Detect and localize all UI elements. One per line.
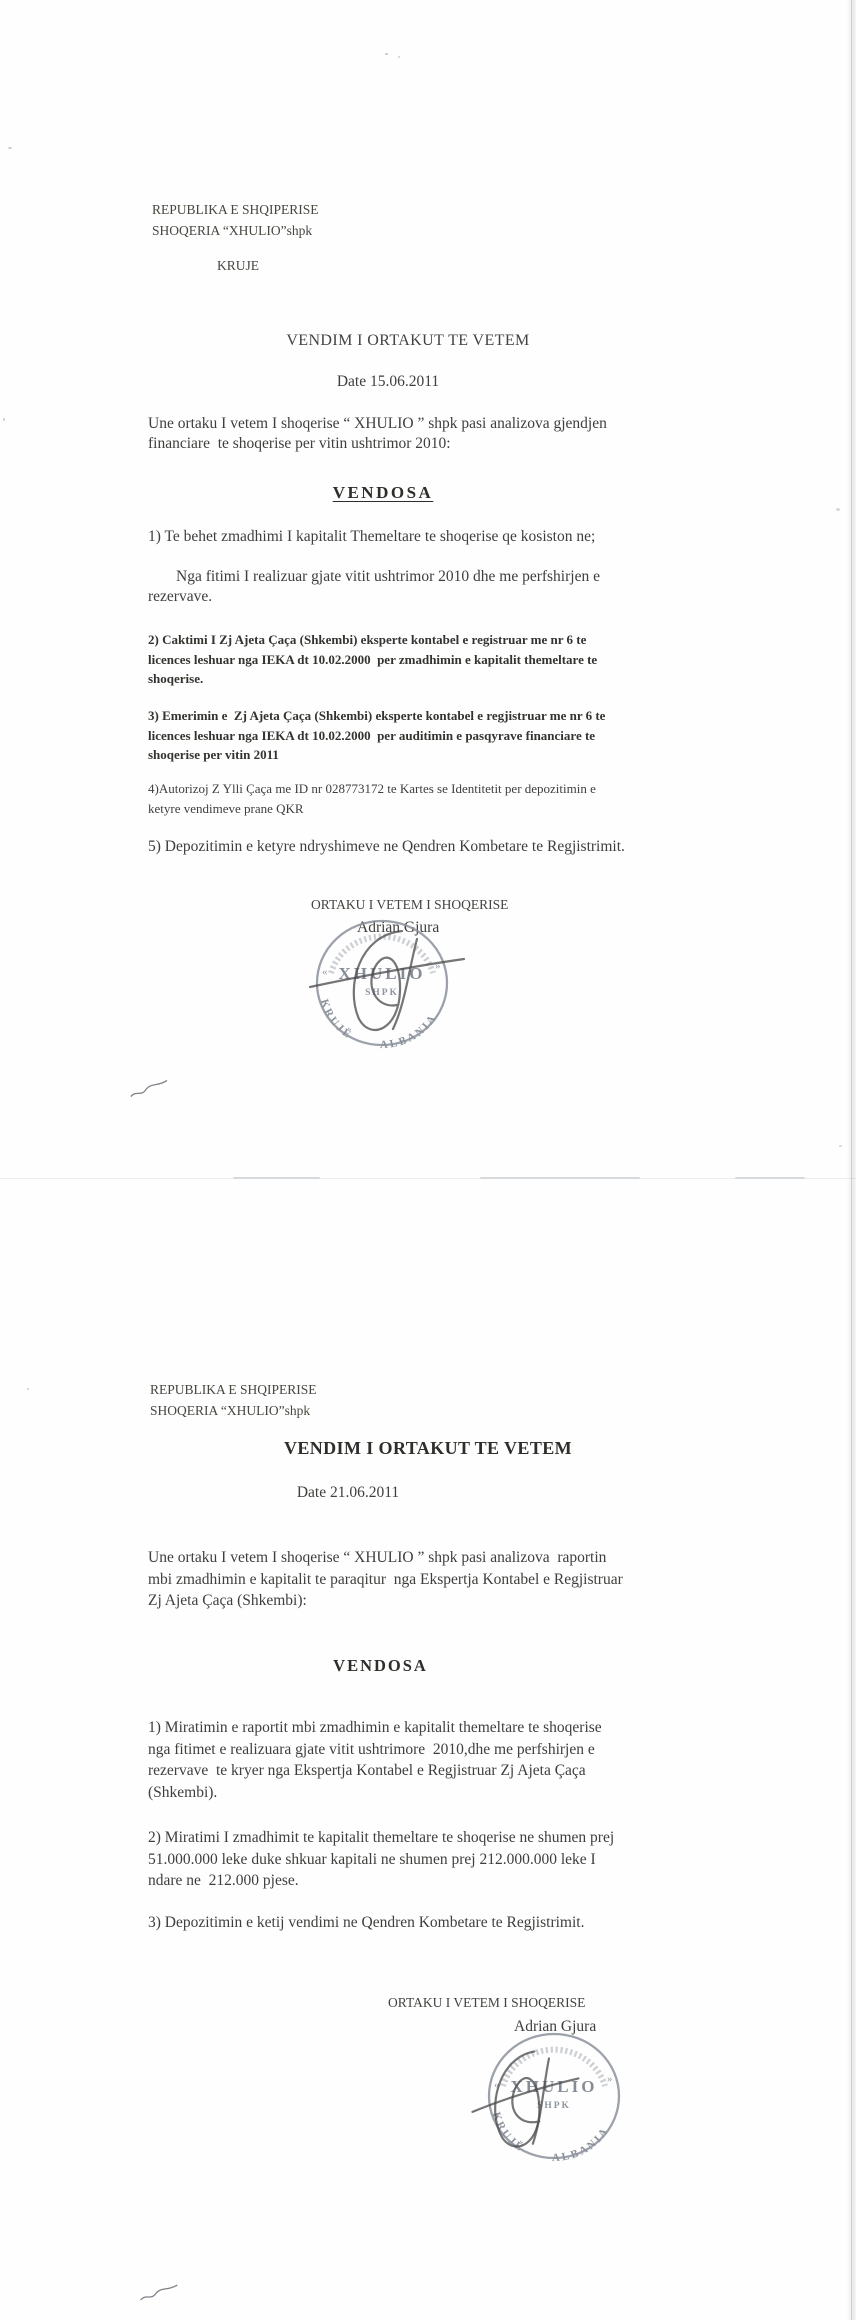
pencil-mark: [137, 2282, 181, 2304]
dust-speck: [839, 1145, 842, 1147]
text-line: nga fitimet e realizuara gjate vitit ush…: [148, 1739, 602, 1761]
company-line: SHOQERIA “XHULIO”shpk: [150, 1400, 317, 1421]
decision-heading-text: VENDOSA: [333, 1656, 428, 1675]
republic-line: REPUBLIKA E SHQIPERISE: [150, 1379, 317, 1400]
svg-text:ALBANIA: ALBANIA: [380, 1011, 440, 1051]
stamp-quote-open: «: [322, 966, 328, 978]
company-line: SHOQERIA “XHULIO”shpk: [152, 220, 319, 241]
stamp-country: ALBANIA: [380, 1011, 440, 1051]
decision-item-2: 2) Miratimi I zmadhimit te kapitalit the…: [148, 1827, 614, 1892]
stamp-quote-close: »: [607, 2073, 613, 2085]
dust-speck: [836, 508, 840, 511]
letterhead: REPUBLIKA E SHQIPERISE SHOQERIA “XHULIO”…: [152, 199, 319, 241]
decision-item-4: 4)Autorizoj Z Ylli Çaça me ID nr 0287731…: [148, 779, 596, 818]
text-line: mbi zmadhimin e kapitalit te paraqitur n…: [148, 1569, 623, 1591]
dust-speck: [27, 1388, 29, 1390]
intro-paragraph: Une ortaku I vetem I shoqerise “ XHULIO …: [148, 1547, 623, 1612]
text-line: Nga fitimi I realizuar gjate vitit ushtr…: [148, 567, 600, 587]
date-line: Date 21.06.2011: [148, 1484, 548, 1502]
document-title: VENDIM I ORTAKUT TE VETEM: [148, 332, 668, 350]
dust-speck: [8, 147, 12, 149]
text-line: ketyre vendimeve prane QKR: [148, 799, 596, 819]
city-line: KRUJE: [217, 258, 259, 274]
scanner-edge-line: [851, 0, 852, 2320]
signature-title: ORTAKU I VETEM I SHOQERISE: [388, 1995, 585, 2011]
signature-scribble: [469, 2048, 583, 2149]
text-line: 1) Te behet zmadhimi I kapitalit Themelt…: [148, 527, 595, 547]
decision-item-1: 1) Miratimin e raportit mbi zmadhimin e …: [148, 1717, 602, 1803]
scan-smudge: [480, 1177, 640, 1179]
decision-item-1: 1) Te behet zmadhimi I kapitalit Themelt…: [148, 527, 595, 547]
text-line: 3) Emerimin e Zj Ajeta Çaça (Shkembi) ek…: [148, 706, 605, 726]
document-title: VENDIM I ORTAKUT TE VETEM: [148, 1438, 708, 1459]
decision-heading: VENDOSA: [148, 483, 618, 503]
text-line: ndare ne 212.000 pjese.: [148, 1870, 614, 1892]
page-break-line: [0, 1178, 856, 1179]
text-line: shoqerise per vitin 2011: [148, 745, 605, 765]
text-line: 5) Depozitimin e ketyre ndryshimeve ne Q…: [148, 837, 625, 857]
text-line: Une ortaku I vetem I shoqerise “ XHULIO …: [148, 414, 607, 434]
text-line: 2) Caktimi I Zj Ajeta Çaça (Shkembi) eks…: [148, 630, 597, 650]
decision-item-1-continuation: Nga fitimi I realizuar gjate vitit ushtr…: [148, 567, 600, 607]
intro-paragraph: Une ortaku I vetem I shoqerise “ XHULIO …: [148, 414, 607, 454]
text-line: rezervave.: [148, 587, 600, 607]
company-stamp: « » XHULIO SHPK KRUJË ALBANIA: [468, 2022, 640, 2174]
text-line: (Shkembi).: [148, 1782, 602, 1804]
company-stamp: « » XHULIO SHPK KRUJË ALBANIA: [296, 909, 468, 1061]
text-line: financiare te shoqerise per vitin ushtri…: [148, 434, 607, 454]
text-line: Zj Ajeta Çaça (Shkembi):: [148, 1590, 623, 1612]
decision-item-3: 3) Depozitimin e ketij vendimi ne Qendre…: [148, 1912, 584, 1934]
dust-speck: [385, 53, 388, 55]
text-line: Une ortaku I vetem I shoqerise “ XHULIO …: [148, 1547, 623, 1569]
text-line: 4)Autorizoj Z Ylli Çaça me ID nr 0287731…: [148, 779, 596, 799]
svg-text:KRUJË: KRUJË: [318, 998, 355, 1042]
republic-line: REPUBLIKA E SHQIPERISE: [152, 199, 319, 220]
dust-speck: [398, 56, 400, 58]
text-line: licences leshuar nga IEKA dt 10.02.2000 …: [148, 726, 605, 746]
dust-speck: [3, 418, 5, 421]
text-line: rezervave te kryer nga Ekspertja Kontabe…: [148, 1760, 602, 1782]
text-line: 1) Miratimin e raportit mbi zmadhimin e …: [148, 1717, 602, 1739]
svg-text:ALBANIA: ALBANIA: [552, 2124, 612, 2164]
text-line: shoqerise.: [148, 669, 597, 689]
date-line: Date 15.06.2011: [148, 373, 628, 391]
scan-smudge: [233, 1177, 320, 1179]
pencil-mark: [127, 1077, 171, 1101]
stamp-country: ALBANIA: [552, 2124, 612, 2164]
decision-item-5: 5) Depozitimin e ketyre ndryshimeve ne Q…: [148, 837, 625, 857]
decision-heading-text: VENDOSA: [333, 483, 434, 502]
decision-item-3: 3) Emerimin e Zj Ajeta Çaça (Shkembi) ek…: [148, 706, 605, 765]
stamp-legal-form: SHPK: [365, 988, 399, 998]
letterhead: REPUBLIKA E SHQIPERISE SHOQERIA “XHULIO”…: [150, 1379, 317, 1421]
text-line: 51.000.000 leke duke shkuar kapitali ne …: [148, 1849, 614, 1871]
scan-smudge: [735, 1177, 805, 1179]
text-line: licences leshuar nga IEKA dt 10.02.2000 …: [148, 650, 597, 670]
text-line: 3) Depozitimin e ketij vendimi ne Qendre…: [148, 1912, 584, 1934]
scanned-document: REPUBLIKA E SHQIPERISE SHOQERIA “XHULIO”…: [0, 0, 856, 2320]
decision-heading: VENDOSA: [148, 1656, 613, 1676]
decision-item-2: 2) Caktimi I Zj Ajeta Çaça (Shkembi) eks…: [148, 630, 597, 689]
text-line: 2) Miratimi I zmadhimit te kapitalit the…: [148, 1827, 614, 1849]
stamp-city: KRUJË: [318, 998, 355, 1042]
